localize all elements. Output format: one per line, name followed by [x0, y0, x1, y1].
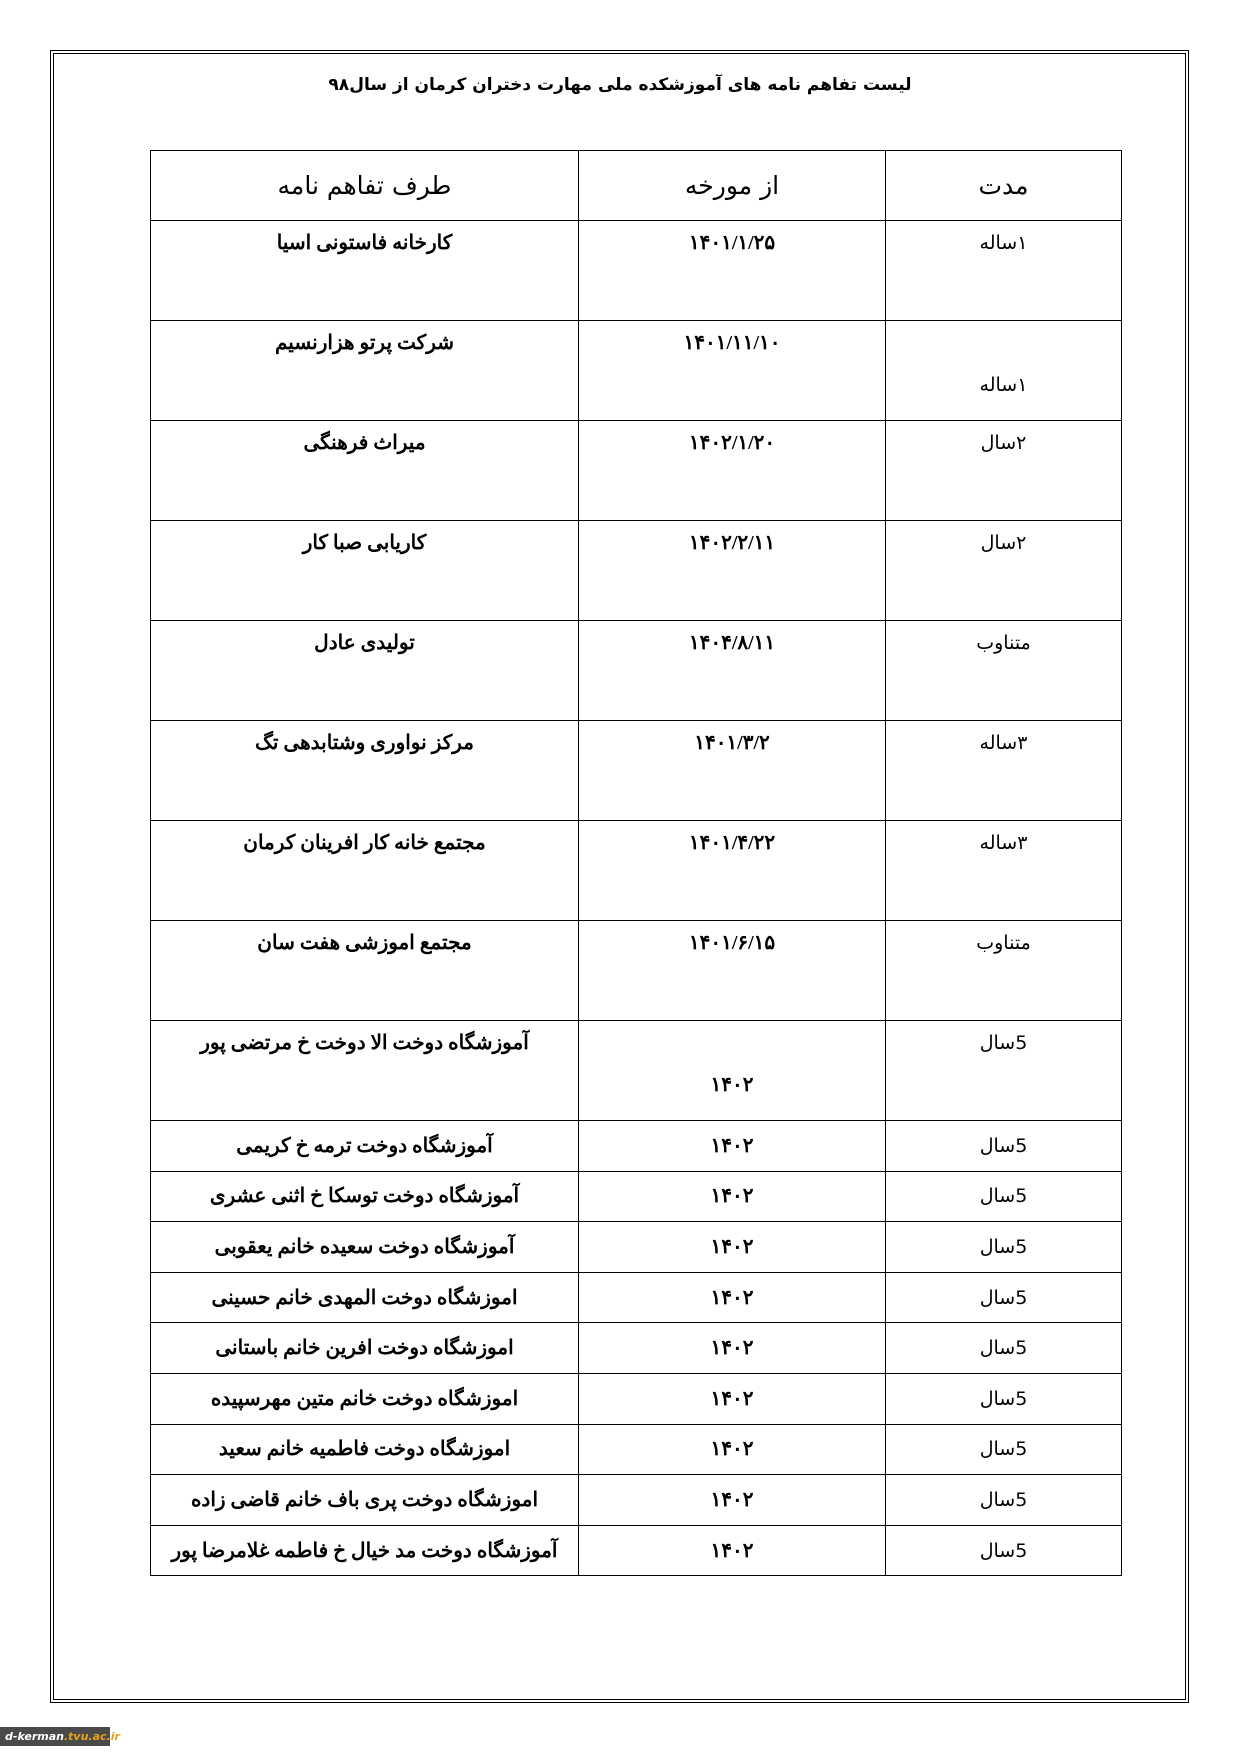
cell-duration: 5سال	[886, 1284, 1121, 1312]
table-row: 5سال ۱۴۰۲ اموزشگاه دوخت فاطمیه خانم سعید	[151, 1424, 1122, 1475]
mou-table: مدت از مورخه طرف تفاهم نامه ۱ساله ۱۴۰۱/۱…	[150, 150, 1122, 1576]
cell-date: ۱۴۰۲/۱/۲۰	[579, 421, 885, 457]
cell-duration: ۳ساله	[886, 721, 1121, 757]
cell-party: شرکت پرتو هزارنسیم	[151, 321, 578, 357]
table-row: ۳ساله ۱۴۰۱/۳/۲ مرکز نواوری وشتابدهی تگ	[151, 721, 1122, 821]
cell-party: مجتمع خانه کار افرینان کرمان	[151, 821, 578, 857]
cell-date: ۱۴۰۲	[579, 1334, 885, 1362]
cell-duration: 5سال	[886, 1385, 1121, 1413]
cell-party: اموزشگاه دوخت خانم متین مهرسپیده	[151, 1385, 578, 1413]
cell-date: ۱۴۰۲	[579, 1537, 885, 1565]
table-row: 5سال ۱۴۰۲ آموزشگاه دوخت توسکا خ اثنی عشر…	[151, 1171, 1122, 1222]
cell-duration: ۱ساله	[886, 321, 1121, 399]
table-row: ۳ساله ۱۴۰۱/۴/۲۲ مجتمع خانه کار افرینان ک…	[151, 821, 1122, 921]
cell-party: آموزشگاه دوخت مد خیال خ فاطمه غلامرضا پو…	[151, 1537, 578, 1565]
cell-party: اموزشگاه دوخت المهدی خانم حسینی	[151, 1284, 578, 1312]
document-title: لیست تفاهم نامه های آموزشکده ملی مهارت د…	[0, 73, 1240, 97]
watermark-host: d-kerman	[5, 1730, 64, 1743]
cell-party: مرکز نواوری وشتابدهی تگ	[151, 721, 578, 757]
table-row: 5سال ۱۴۰۲ اموزشگاه دوخت خانم متین مهرسپی…	[151, 1373, 1122, 1424]
cell-duration: ۲سال	[886, 421, 1121, 457]
cell-duration: 5سال	[886, 1334, 1121, 1362]
table-row: 5سال ۱۴۰۲ اموزشگاه دوخت المهدی خانم حسین…	[151, 1272, 1122, 1323]
cell-party: میراث فرهنگی	[151, 421, 578, 457]
cell-date: ۱۴۰۱/۱۱/۱۰	[579, 321, 885, 357]
table-row: ۲سال ۱۴۰۲/۱/۲۰ میراث فرهنگی	[151, 421, 1122, 521]
cell-party: آموزشگاه دوخت سعیده خانم یعقوبی	[151, 1233, 578, 1261]
cell-date: ۱۴۰۱/۳/۲	[579, 721, 885, 757]
header-date: از مورخه	[579, 151, 886, 221]
table-row: ۱ساله ۱۴۰۱/۱/۲۵ کارخانه فاستونی اسیا	[151, 221, 1122, 321]
cell-date: ۱۴۰۲	[579, 1385, 885, 1413]
cell-date: ۱۴۰۲	[579, 1435, 885, 1463]
cell-party: مجتمع اموزشی هفت سان	[151, 921, 578, 957]
header-party: طرف تفاهم نامه	[151, 151, 579, 221]
cell-duration: 5سال	[886, 1182, 1121, 1210]
cell-party: کارخانه فاستونی اسیا	[151, 221, 578, 257]
table-row: متناوب ۱۴۰۱/۶/۱۵ مجتمع اموزشی هفت سان	[151, 921, 1122, 1021]
table-row: 5سال ۱۴۰۲ اموزشگاه دوخت پری باف خانم قاض…	[151, 1475, 1122, 1526]
cell-duration: متناوب	[886, 921, 1121, 957]
cell-party: تولیدی عادل	[151, 621, 578, 657]
cell-party: کاریابی صبا کار	[151, 521, 578, 557]
cell-date: ۱۴۰۱/۴/۲۲	[579, 821, 885, 857]
cell-date: ۱۴۰۲	[579, 1233, 885, 1261]
table-header-row: مدت از مورخه طرف تفاهم نامه	[151, 151, 1122, 221]
cell-party: آموزشگاه دوخت توسکا خ اثنی عشری	[151, 1182, 578, 1210]
cell-date: ۱۴۰۲	[579, 1284, 885, 1312]
cell-duration: 5سال	[886, 1233, 1121, 1261]
cell-date: ۱۴۰۱/۱/۲۵	[579, 221, 885, 257]
cell-duration: ۱ساله	[886, 221, 1121, 257]
cell-date: ۱۴۰۲	[579, 1132, 885, 1160]
header-duration: مدت	[886, 151, 1122, 221]
table-row: ۱ساله ۱۴۰۱/۱۱/۱۰ شرکت پرتو هزارنسیم	[151, 321, 1122, 421]
cell-date: ۱۴۰۲	[579, 1021, 885, 1099]
cell-date: ۱۴۰۲/۲/۱۱	[579, 521, 885, 557]
cell-duration: ۲سال	[886, 521, 1121, 557]
watermark-domain: .tvu.ac.ir	[64, 1730, 120, 1743]
cell-duration: متناوب	[886, 621, 1121, 657]
cell-date: ۱۴۰۲	[579, 1486, 885, 1514]
cell-party: اموزشگاه دوخت افرین خانم باستانی	[151, 1334, 578, 1362]
cell-duration: 5سال	[886, 1435, 1121, 1463]
table-row: 5سال ۱۴۰۲ آموزشگاه دوخت ترمه خ کریمی	[151, 1121, 1122, 1172]
cell-party: اموزشگاه دوخت پری باف خانم قاضی زاده	[151, 1486, 578, 1514]
cell-duration: 5سال	[886, 1132, 1121, 1160]
cell-date: ۱۴۰۲	[579, 1182, 885, 1210]
table-row: ۲سال ۱۴۰۲/۲/۱۱ کاریابی صبا کار	[151, 521, 1122, 621]
table-row: 5سال ۱۴۰۲ آموزشگاه دوخت مد خیال خ فاطمه …	[151, 1525, 1122, 1576]
table-row: 5سال ۱۴۰۲ اموزشگاه دوخت افرین خانم باستا…	[151, 1323, 1122, 1374]
table-row: 5سال ۱۴۰۲ آموزشگاه دوخت الا دوخت خ مرتضی…	[151, 1021, 1122, 1121]
cell-duration: 5سال	[886, 1486, 1121, 1514]
cell-duration: ۳ساله	[886, 821, 1121, 857]
table-row: 5سال ۱۴۰۲ آموزشگاه دوخت سعیده خانم یعقوب…	[151, 1222, 1122, 1273]
site-watermark: d-kerman.tvu.ac.ir	[0, 1727, 110, 1746]
cell-party: اموزشگاه دوخت فاطمیه خانم سعید	[151, 1435, 578, 1463]
table-row: متناوب ۱۴۰۴/۸/۱۱ تولیدی عادل	[151, 621, 1122, 721]
cell-duration: 5سال	[886, 1537, 1121, 1565]
cell-date: ۱۴۰۴/۸/۱۱	[579, 621, 885, 657]
cell-duration: 5سال	[886, 1021, 1121, 1057]
cell-date: ۱۴۰۱/۶/۱۵	[579, 921, 885, 957]
cell-party: آموزشگاه دوخت ترمه خ کریمی	[151, 1132, 578, 1160]
cell-party: آموزشگاه دوخت الا دوخت خ مرتضی پور	[151, 1021, 578, 1057]
